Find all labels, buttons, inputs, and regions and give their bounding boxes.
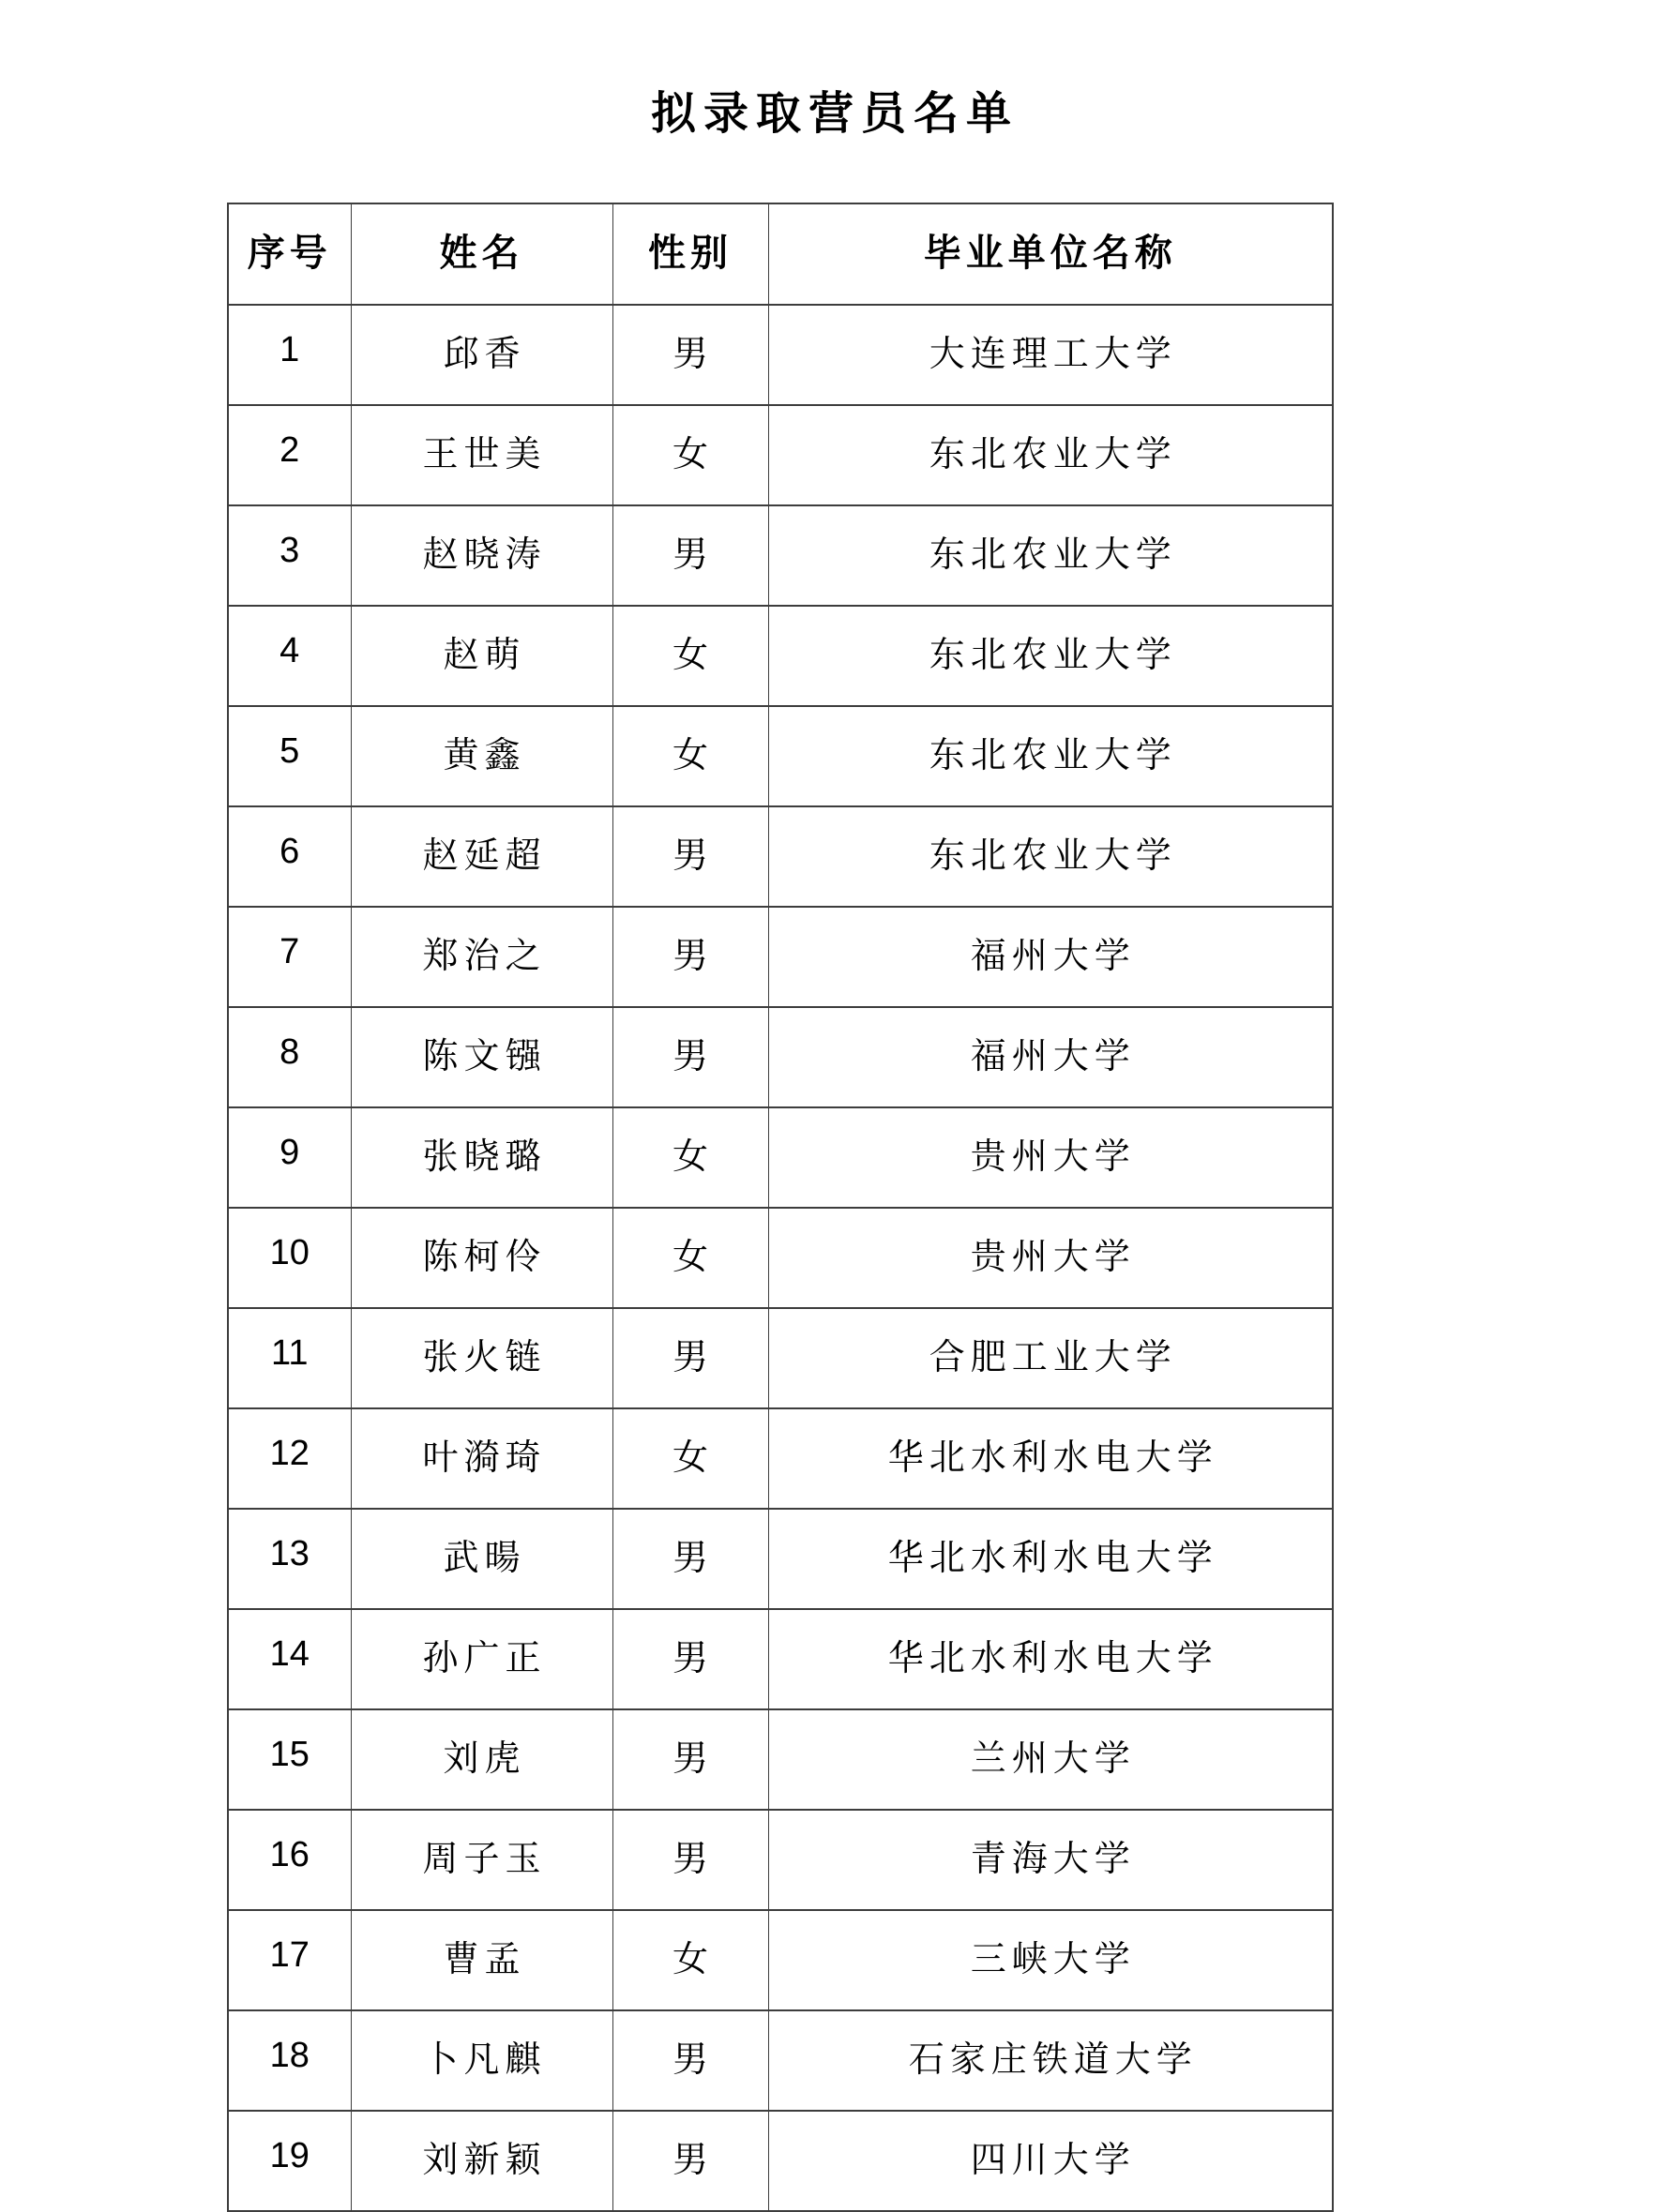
table-header-row: 序号 姓名 性别 毕业单位名称 (228, 203, 1333, 305)
cell-university: 贵州大学 (768, 1107, 1333, 1208)
cell-name: 赵萌 (351, 606, 612, 706)
cell-university: 青海大学 (768, 1810, 1333, 1910)
cell-gender: 女 (612, 1408, 768, 1509)
cell-university: 福州大学 (768, 907, 1333, 1007)
cell-name: 邱香 (351, 305, 612, 405)
cell-university: 东北农业大学 (768, 405, 1333, 505)
cell-gender: 男 (612, 2111, 768, 2211)
table-row: 1邱香男大连理工大学 (228, 305, 1333, 405)
cell-name: 武暘 (351, 1509, 612, 1609)
table-row: 19刘新颖男四川大学 (228, 2111, 1333, 2211)
table-row: 13武暘男华北水利水电大学 (228, 1509, 1333, 1609)
cell-index: 16 (228, 1810, 351, 1910)
cell-university: 福州大学 (768, 1007, 1333, 1107)
cell-university: 华北水利水电大学 (768, 1509, 1333, 1609)
cell-university: 华北水利水电大学 (768, 1609, 1333, 1709)
cell-university: 东北农业大学 (768, 505, 1333, 606)
table-row: 10陈柯伶女贵州大学 (228, 1208, 1333, 1308)
cell-index: 2 (228, 405, 351, 505)
cell-name: 刘虎 (351, 1709, 612, 1810)
cell-gender: 男 (612, 505, 768, 606)
cell-gender: 女 (612, 706, 768, 806)
cell-name: 黄鑫 (351, 706, 612, 806)
cell-name: 郑治之 (351, 907, 612, 1007)
cell-index: 12 (228, 1408, 351, 1509)
cell-university: 合肥工业大学 (768, 1308, 1333, 1408)
cell-index: 9 (228, 1107, 351, 1208)
cell-university: 四川大学 (768, 2111, 1333, 2211)
cell-index: 7 (228, 907, 351, 1007)
cell-university: 贵州大学 (768, 1208, 1333, 1308)
table-row: 4赵萌女东北农业大学 (228, 606, 1333, 706)
cell-university: 东北农业大学 (768, 706, 1333, 806)
table-row: 14孙广正男华北水利水电大学 (228, 1609, 1333, 1709)
cell-gender: 男 (612, 1609, 768, 1709)
cell-university: 东北农业大学 (768, 606, 1333, 706)
cell-name: 赵晓涛 (351, 505, 612, 606)
cell-index: 4 (228, 606, 351, 706)
cell-university: 石家庄铁道大学 (768, 2010, 1333, 2111)
page-title: 拟录取营员名单 (0, 77, 1662, 142)
cell-name: 曹孟 (351, 1910, 612, 2010)
cell-index: 10 (228, 1208, 351, 1308)
cell-name: 张火链 (351, 1308, 612, 1408)
cell-name: 孙广正 (351, 1609, 612, 1709)
cell-name: 叶漪琦 (351, 1408, 612, 1509)
cell-name: 周子玉 (351, 1810, 612, 1910)
cell-gender: 男 (612, 1509, 768, 1609)
cell-index: 19 (228, 2111, 351, 2211)
cell-gender: 男 (612, 2010, 768, 2111)
table-row: 12叶漪琦女华北水利水电大学 (228, 1408, 1333, 1509)
cell-index: 1 (228, 305, 351, 405)
cell-university: 东北农业大学 (768, 806, 1333, 907)
table-row: 5黄鑫女东北农业大学 (228, 706, 1333, 806)
table-row: 15刘虎男兰州大学 (228, 1709, 1333, 1810)
table-row: 16周子玉男青海大学 (228, 1810, 1333, 1910)
cell-university: 大连理工大学 (768, 305, 1333, 405)
cell-gender: 女 (612, 1107, 768, 1208)
header-gender: 性别 (612, 203, 768, 305)
cell-index: 15 (228, 1709, 351, 1810)
cell-gender: 男 (612, 1007, 768, 1107)
cell-index: 3 (228, 505, 351, 606)
cell-university: 三峡大学 (768, 1910, 1333, 2010)
cell-university: 华北水利水电大学 (768, 1408, 1333, 1509)
cell-name: 赵延超 (351, 806, 612, 907)
cell-index: 17 (228, 1910, 351, 2010)
table-row: 7郑治之男福州大学 (228, 907, 1333, 1007)
cell-gender: 男 (612, 1308, 768, 1408)
cell-name: 刘新颖 (351, 2111, 612, 2211)
table-row: 6赵延超男东北农业大学 (228, 806, 1333, 907)
table-row: 17曹孟女三峡大学 (228, 1910, 1333, 2010)
cell-index: 11 (228, 1308, 351, 1408)
admitted-students-table: 序号 姓名 性别 毕业单位名称 1邱香男大连理工大学2王世美女东北农业大学3赵晓… (227, 203, 1334, 2212)
table-row: 2王世美女东北农业大学 (228, 405, 1333, 505)
table-row: 3赵晓涛男东北农业大学 (228, 505, 1333, 606)
header-index: 序号 (228, 203, 351, 305)
table-row: 9张晓璐女贵州大学 (228, 1107, 1333, 1208)
cell-gender: 男 (612, 806, 768, 907)
cell-index: 6 (228, 806, 351, 907)
cell-gender: 男 (612, 907, 768, 1007)
table-body: 1邱香男大连理工大学2王世美女东北农业大学3赵晓涛男东北农业大学4赵萌女东北农业… (228, 305, 1333, 2211)
cell-index: 13 (228, 1509, 351, 1609)
cell-index: 14 (228, 1609, 351, 1709)
cell-university: 兰州大学 (768, 1709, 1333, 1810)
cell-gender: 女 (612, 405, 768, 505)
cell-gender: 女 (612, 606, 768, 706)
table-row: 8陈文镪男福州大学 (228, 1007, 1333, 1107)
cell-name: 陈柯伶 (351, 1208, 612, 1308)
cell-gender: 男 (612, 1709, 768, 1810)
cell-gender: 女 (612, 1208, 768, 1308)
cell-gender: 男 (612, 1810, 768, 1910)
cell-name: 卜凡麒 (351, 2010, 612, 2111)
header-university: 毕业单位名称 (768, 203, 1333, 305)
cell-gender: 女 (612, 1910, 768, 2010)
cell-name: 陈文镪 (351, 1007, 612, 1107)
cell-index: 5 (228, 706, 351, 806)
cell-index: 8 (228, 1007, 351, 1107)
cell-gender: 男 (612, 305, 768, 405)
cell-name: 张晓璐 (351, 1107, 612, 1208)
cell-index: 18 (228, 2010, 351, 2111)
table-row: 18卜凡麒男石家庄铁道大学 (228, 2010, 1333, 2111)
cell-name: 王世美 (351, 405, 612, 505)
header-name: 姓名 (351, 203, 612, 305)
table-row: 11张火链男合肥工业大学 (228, 1308, 1333, 1408)
